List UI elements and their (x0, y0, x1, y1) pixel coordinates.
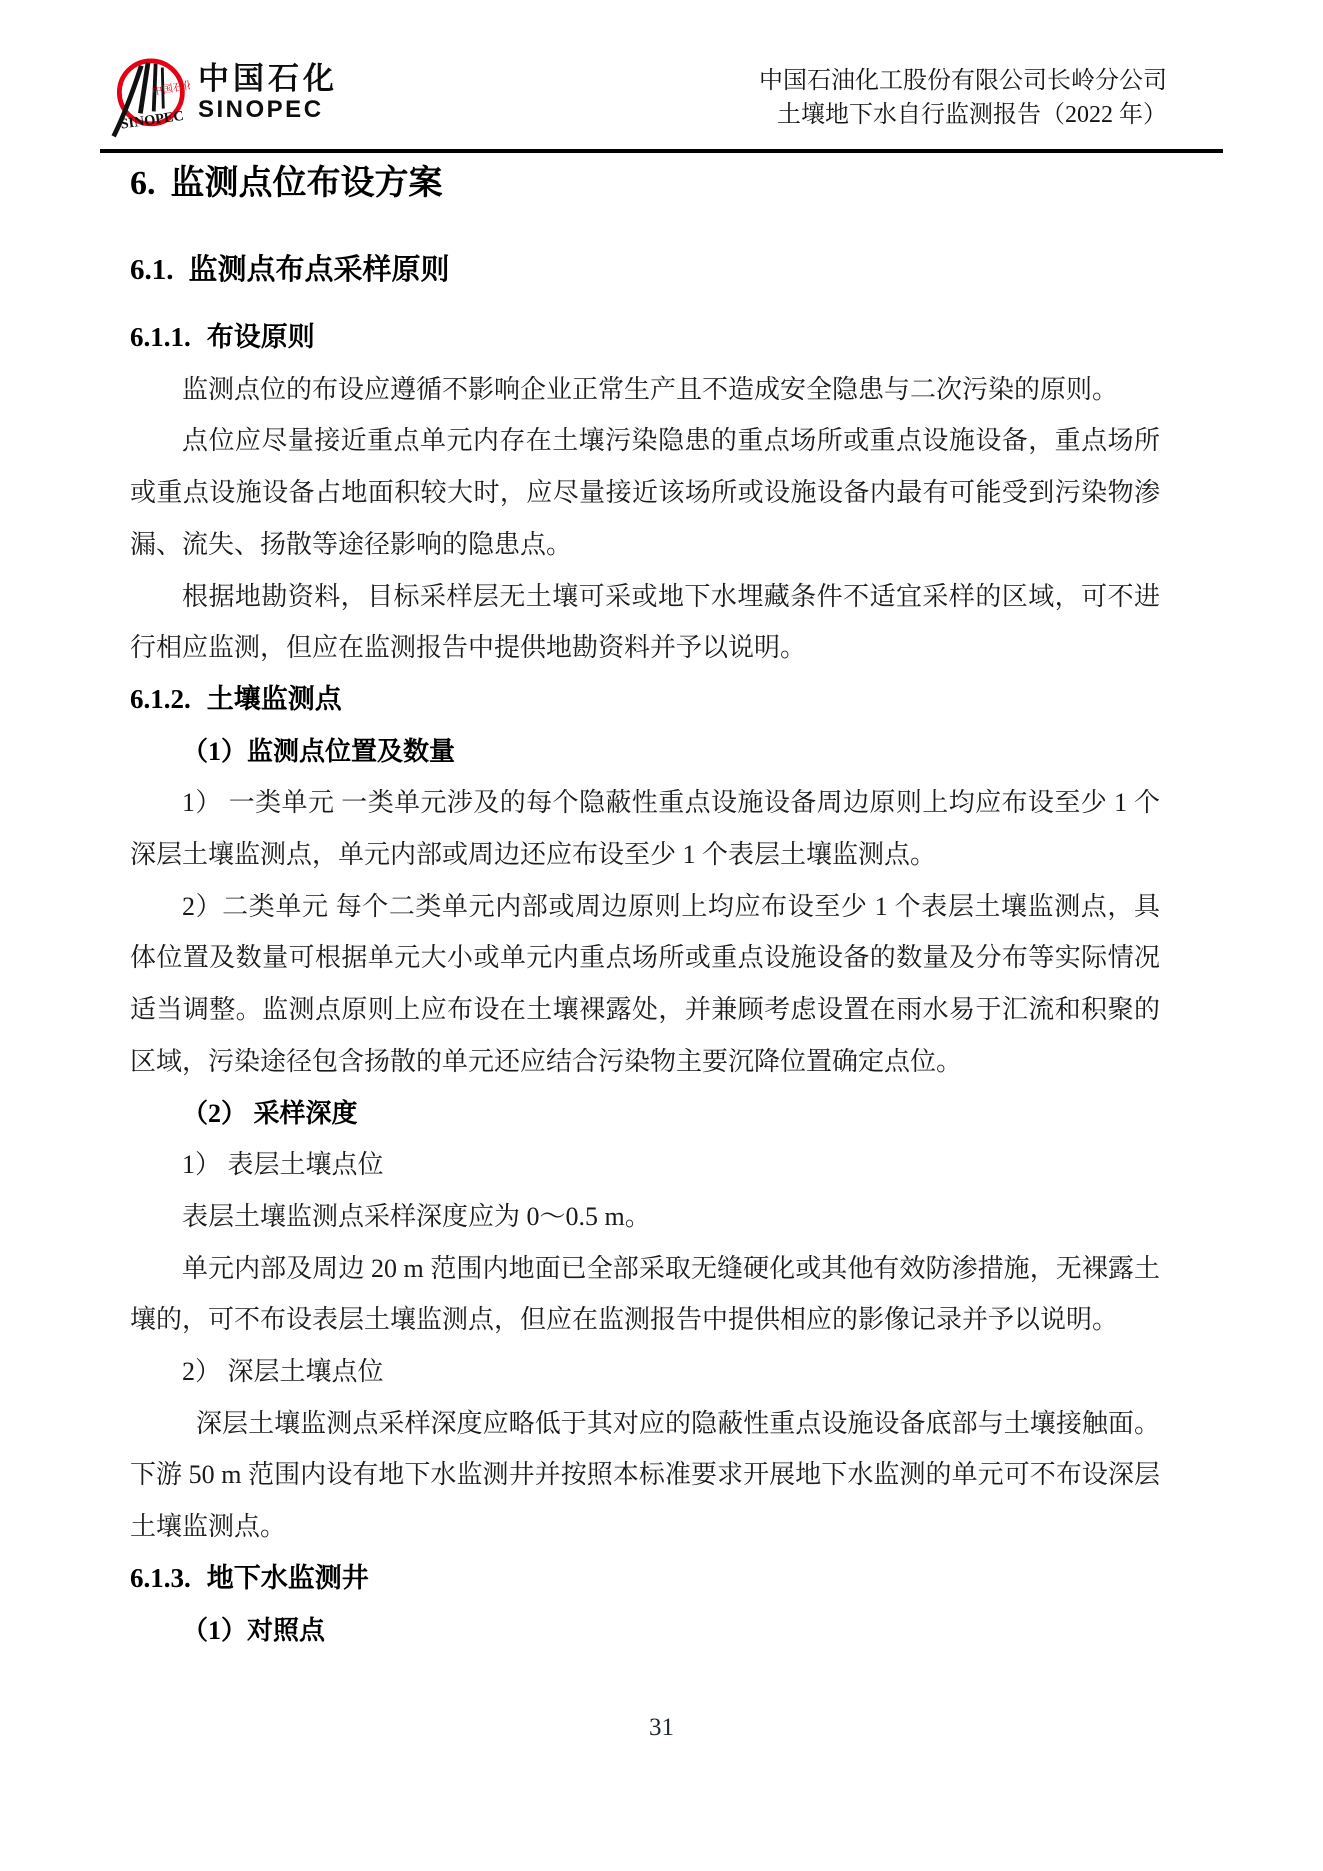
paragraph-surface-depth: 表层土壤监测点采样深度应为 0～0.5 m。 (130, 1191, 1160, 1243)
subheading-sampling-depth: （2） 采样深度 (130, 1088, 1160, 1140)
heading-6: 6.监测点位布设方案 (130, 163, 443, 205)
heading-number: 6.1.3. (130, 1553, 191, 1605)
heading-title: 监测点布点采样原则 (189, 254, 450, 286)
page-header: 中国石化 SINOPEC 中国石化 SINOPEC 中国石油化工股份有限公司长岭… (100, 0, 1223, 153)
page-number: 31 (0, 1714, 1323, 1742)
heading-6-1-2: 6.1.2.土壤监测点 (130, 674, 1160, 726)
company-name: 中国石油化工股份有限公司长岭分公司 (759, 64, 1167, 98)
brand-chinese: 中国石化 (198, 62, 338, 96)
paragraph-class1-unit: 1） 一类单元 一类单元涉及的每个隐蔽性重点设施设备周边原则上均应布设至少 1 … (130, 777, 1160, 880)
heading-number: 6.1.1. (130, 312, 191, 364)
heading-number: 6.1.2. (130, 674, 191, 726)
brand-text: 中国石化 SINOPEC (198, 54, 338, 124)
subheading-control-point: （1）对照点 (130, 1605, 1160, 1657)
paragraph-principle-1: 监测点位的布设应遵循不影响企业正常生产且不造成安全隐患与二次污染的原则。 (130, 364, 1160, 416)
report-title: 土壤地下水自行监测报告（2022 年） (759, 98, 1167, 132)
subheading-location-quantity: （1）监测点位置及数量 (130, 726, 1160, 778)
heading-6-1: 6.1.监测点布点采样原则 (130, 251, 450, 289)
heading-title: 布设原则 (207, 322, 315, 352)
heading-number: 6. (130, 163, 156, 205)
document-body: 6.1.1.布设原则 监测点位的布设应遵循不影响企业正常生产且不造成安全隐患与二… (130, 312, 1160, 1656)
paragraph-principle-2: 点位应尽量接近重点单元内存在土壤污染隐患的重点场所或重点设施设备，重点场所或重点… (130, 415, 1160, 570)
paragraph-class2-unit: 2）二类单元 每个二类单元内部或周边原则上均应布设至少 1 个表层土壤监测点，具… (130, 881, 1160, 1088)
sinopec-emblem-icon: 中国石化 SINOPEC (106, 54, 190, 146)
heading-number: 6.1. (130, 251, 174, 289)
sinopec-logo: 中国石化 SINOPEC 中国石化 SINOPEC (106, 54, 338, 146)
heading-title: 地下水监测井 (207, 1563, 369, 1593)
heading-title: 监测点位布设方案 (171, 165, 443, 202)
paragraph-principle-3: 根据地勘资料，目标采样层无土壤可采或地下水埋藏条件不适宜采样的区域，可不进行相应… (130, 571, 1160, 674)
item-surface-soil: 1） 表层土壤点位 (130, 1139, 1160, 1191)
heading-6-1-3: 6.1.3.地下水监测井 (130, 1553, 1160, 1605)
paragraph-hardened-ground: 单元内部及周边 20 m 范围内地面已全部采取无缝硬化或其他有效防渗措施，无裸露… (130, 1243, 1160, 1346)
brand-english: SINOPEC (198, 96, 338, 124)
document-page: 中国石化 SINOPEC 中国石化 SINOPEC 中国石油化工股份有限公司长岭… (0, 0, 1323, 1871)
paragraph-deep-depth: 深层土壤监测点采样深度应略低于其对应的隐蔽性重点设施设备底部与土壤接触面。下游 … (130, 1398, 1160, 1553)
heading-6-1-1: 6.1.1.布设原则 (130, 312, 1160, 364)
heading-title: 土壤监测点 (207, 684, 342, 714)
emblem-en-text: SINOPEC (120, 108, 185, 133)
header-right-text: 中国石油化工股份有限公司长岭分公司 土壤地下水自行监测报告（2022 年） (759, 64, 1167, 132)
item-deep-soil: 2） 深层土壤点位 (130, 1346, 1160, 1398)
